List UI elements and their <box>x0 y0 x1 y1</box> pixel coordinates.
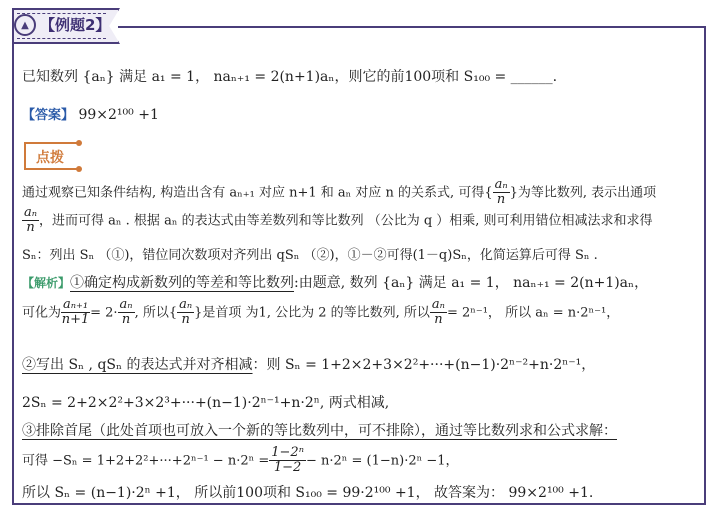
fraction: 1−2ⁿ1−2 <box>269 446 306 476</box>
fraction: aₙn <box>493 178 510 208</box>
answer-line: 【答案】 99×2¹⁰⁰ +1 <box>22 104 159 123</box>
analysis-text: :由题意, 数列 {aₙ} 满足 a₁ = 1， naₙ₊₁ = 2(n+1)a… <box>294 275 648 291</box>
hint-line-1: 通过观察已知条件结构, 构造出含有 aₙ₊₁ 对应 n+1 和 aₙ 对应 n … <box>22 178 656 208</box>
example-title: 【例题2】 <box>40 14 110 35</box>
analysis-line-6: 可得 −Sₙ = 1+2+2²+···+2ⁿ⁻¹ − n·2ⁿ =1−2ⁿ1−2… <box>22 446 459 476</box>
step1-title: ①确定构成新数列的等差和等比数列 <box>70 275 294 291</box>
answer-value: 99×2¹⁰⁰ +1 <box>78 107 158 123</box>
hint-label: 点拨 <box>36 147 64 167</box>
question-text: 已知数列 {aₙ} 满足 a₁ = 1， naₙ₊₁ = 2(n+1)aₙ，则它… <box>22 66 557 86</box>
analysis-line-2: 可化为aₙ₊₁n+1= 2·aₙn, 所以{aₙn}是首项 为1, 公比为 2 … <box>22 298 619 328</box>
fraction: aₙn <box>22 206 39 236</box>
step3-title: ③排除首尾（此处首项也可放入一个新的等比数列中，可不排除），通过等比数列求和公式… <box>22 423 617 439</box>
answer-label: 【答案】 <box>22 108 74 123</box>
hint-text: ，进而可得 aₙ . 根据 aₙ 的表达式由等差数列和等比数列 （公比为 q ）… <box>39 213 653 228</box>
hint-line-2: aₙn，进而可得 aₙ . 根据 aₙ 的表达式由等差数列和等比数列 （公比为 … <box>22 206 653 236</box>
analysis-line-1: 【解析】①确定构成新数列的等差和等比数列:由题意, 数列 {aₙ} 满足 a₁ … <box>22 272 648 292</box>
hat-icon: ▲ <box>14 14 36 36</box>
fraction: aₙ₊₁n+1 <box>61 298 90 328</box>
hint-line-3: Sₙ：列出 Sₙ （①)，错位同次数项对齐列出 qSₙ （②)，①－②可得(1－… <box>22 244 598 263</box>
hint-text: 通过观察已知条件结构, 构造出含有 aₙ₊₁ 对应 n+1 和 aₙ 对应 n … <box>22 185 493 200</box>
analysis-line-3: ②写出 Sₙ , qSₙ 的表达式并对齐相减：则 Sₙ = 1+2×2+3×2²… <box>22 354 595 374</box>
analysis-line-4: 2Sₙ = 2+2×2²+3×2³+···+(n−1)·2ⁿ⁻¹+n·2ⁿ, 两… <box>22 392 389 412</box>
hint-text: }为等比数列, 表示出通项 <box>510 185 657 200</box>
step2-title: ②写出 Sₙ , qSₙ 的表达式并对齐相减 <box>22 357 253 373</box>
hint-box: 点拨 <box>24 142 78 170</box>
analysis-line-5: ③排除首尾（此处首项也可放入一个新的等比数列中，可不排除），通过等比数列求和公式… <box>22 420 617 440</box>
analysis-label: 【解析】 <box>22 276 70 290</box>
analysis-line-7: 所以 Sₙ = (n−1)·2ⁿ +1， 所以前100项和 S₁₀₀ = 99·… <box>22 482 593 502</box>
analysis-text: ：则 Sₙ = 1+2×2+3×2²+···+(n−1)·2ⁿ⁻²+n·2ⁿ⁻¹… <box>253 357 596 373</box>
